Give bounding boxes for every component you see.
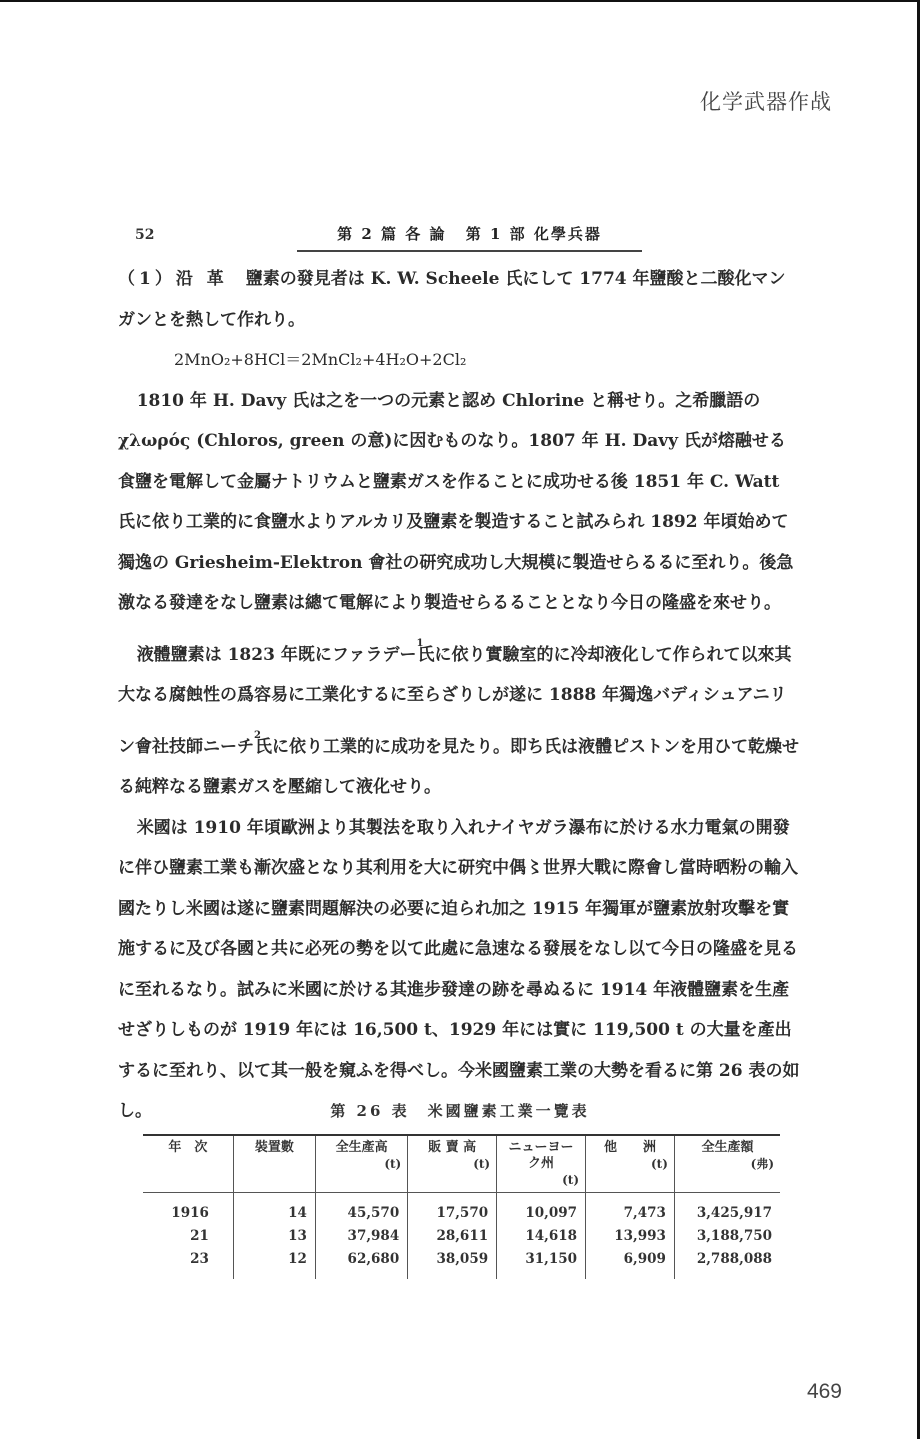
cell-other-states: 13,993 (586, 1224, 675, 1247)
column-header-new-york: ニューヨーク州(t) (497, 1135, 586, 1193)
cell-year: 1916 (143, 1193, 233, 1225)
running-title: 化学武器作战 (700, 86, 832, 116)
paragraph-usa: 米國は 1910 年頃歐洲より其製法を取り入れナイヤガラ瀑布に於ける水力電氣の開… (118, 808, 800, 1132)
table-header-row: 年 次 裝置數 全生產高(t) 販 賣 高(t) ニューヨーク州(t) 他 洲(… (143, 1135, 780, 1193)
cell-total-production: 45,570 (315, 1193, 407, 1225)
original-page-number: 52 (135, 227, 154, 243)
column-header-total-production: 全生產高(t) (315, 1135, 407, 1193)
cell-new-york: 14,618 (497, 1224, 586, 1247)
paragraph-liquid-chlorine: 液體鹽素は 1823 年既にファラデー1氏に依り實驗室的に冷却液化して作られて以… (118, 624, 800, 808)
paragraph-history: （1）沿 革鹽素の發見者は K. W. Scheele 氏にして 1774 年鹽… (118, 259, 800, 340)
table-row: 21 13 37,984 28,611 14,618 13,993 3,188,… (143, 1224, 780, 1247)
paragraph-davy: 1810 年 H. Davy 氏は之を一つの元素と認め Chlorine と稱せ… (118, 381, 800, 624)
header-chapter: 第 1 部 化學兵器 (466, 225, 602, 243)
cell-year: 23 (143, 1247, 233, 1279)
table-row: 1916 14 45,570 17,570 10,097 7,473 3,425… (143, 1193, 780, 1225)
cell-new-york: 10,097 (497, 1193, 586, 1225)
column-header-units: 裝置數 (233, 1135, 315, 1193)
column-header-year: 年 次 (143, 1135, 233, 1193)
cell-other-states: 6,909 (586, 1247, 675, 1279)
chemical-formula: 2MnO₂+8HCl＝2MnCl₂+4H₂O+2Cl₂ (118, 340, 800, 381)
cell-year: 21 (143, 1224, 233, 1247)
cell-total-value: 3,425,917 (674, 1193, 780, 1225)
original-page-header: 第 2 篇 各 論 第 1 部 化學兵器 (297, 223, 642, 252)
cell-sales: 38,059 (408, 1247, 497, 1279)
cell-new-york: 31,150 (497, 1247, 586, 1279)
column-header-total-value: 全生產額(弗) (674, 1135, 780, 1193)
cell-total-value: 3,188,750 (674, 1224, 780, 1247)
chlorine-industry-table: 年 次 裝置數 全生產高(t) 販 賣 高(t) ニューヨーク州(t) 他 洲(… (143, 1134, 780, 1279)
cell-total-value: 2,788,088 (674, 1247, 780, 1279)
column-header-other-states: 他 洲(t) (586, 1135, 675, 1193)
body-text: （1）沿 革鹽素の發見者は K. W. Scheele 氏にして 1774 年鹽… (118, 259, 800, 1132)
column-header-sales: 販 賣 高(t) (408, 1135, 497, 1193)
header-part: 第 2 篇 各 論 (337, 225, 446, 243)
table-row: 23 12 62,680 38,059 31,150 6,909 2,788,0… (143, 1247, 780, 1279)
table-caption: 第 26 表 米國鹽素工業一覽表 (0, 1100, 920, 1121)
cell-units: 14 (233, 1193, 315, 1225)
cell-units: 13 (233, 1224, 315, 1247)
cell-other-states: 7,473 (586, 1193, 675, 1225)
cell-sales: 17,570 (408, 1193, 497, 1225)
cell-total-production: 62,680 (315, 1247, 407, 1279)
paragraph-text: 液體鹽素は 1823 年既にファラデー (137, 645, 417, 665)
page-number: 469 (807, 1380, 842, 1404)
cell-total-production: 37,984 (315, 1224, 407, 1247)
page-border-top (0, 0, 920, 2)
cell-sales: 28,611 (408, 1224, 497, 1247)
cell-units: 12 (233, 1247, 315, 1279)
section-heading: （1）沿 革 (118, 269, 228, 289)
